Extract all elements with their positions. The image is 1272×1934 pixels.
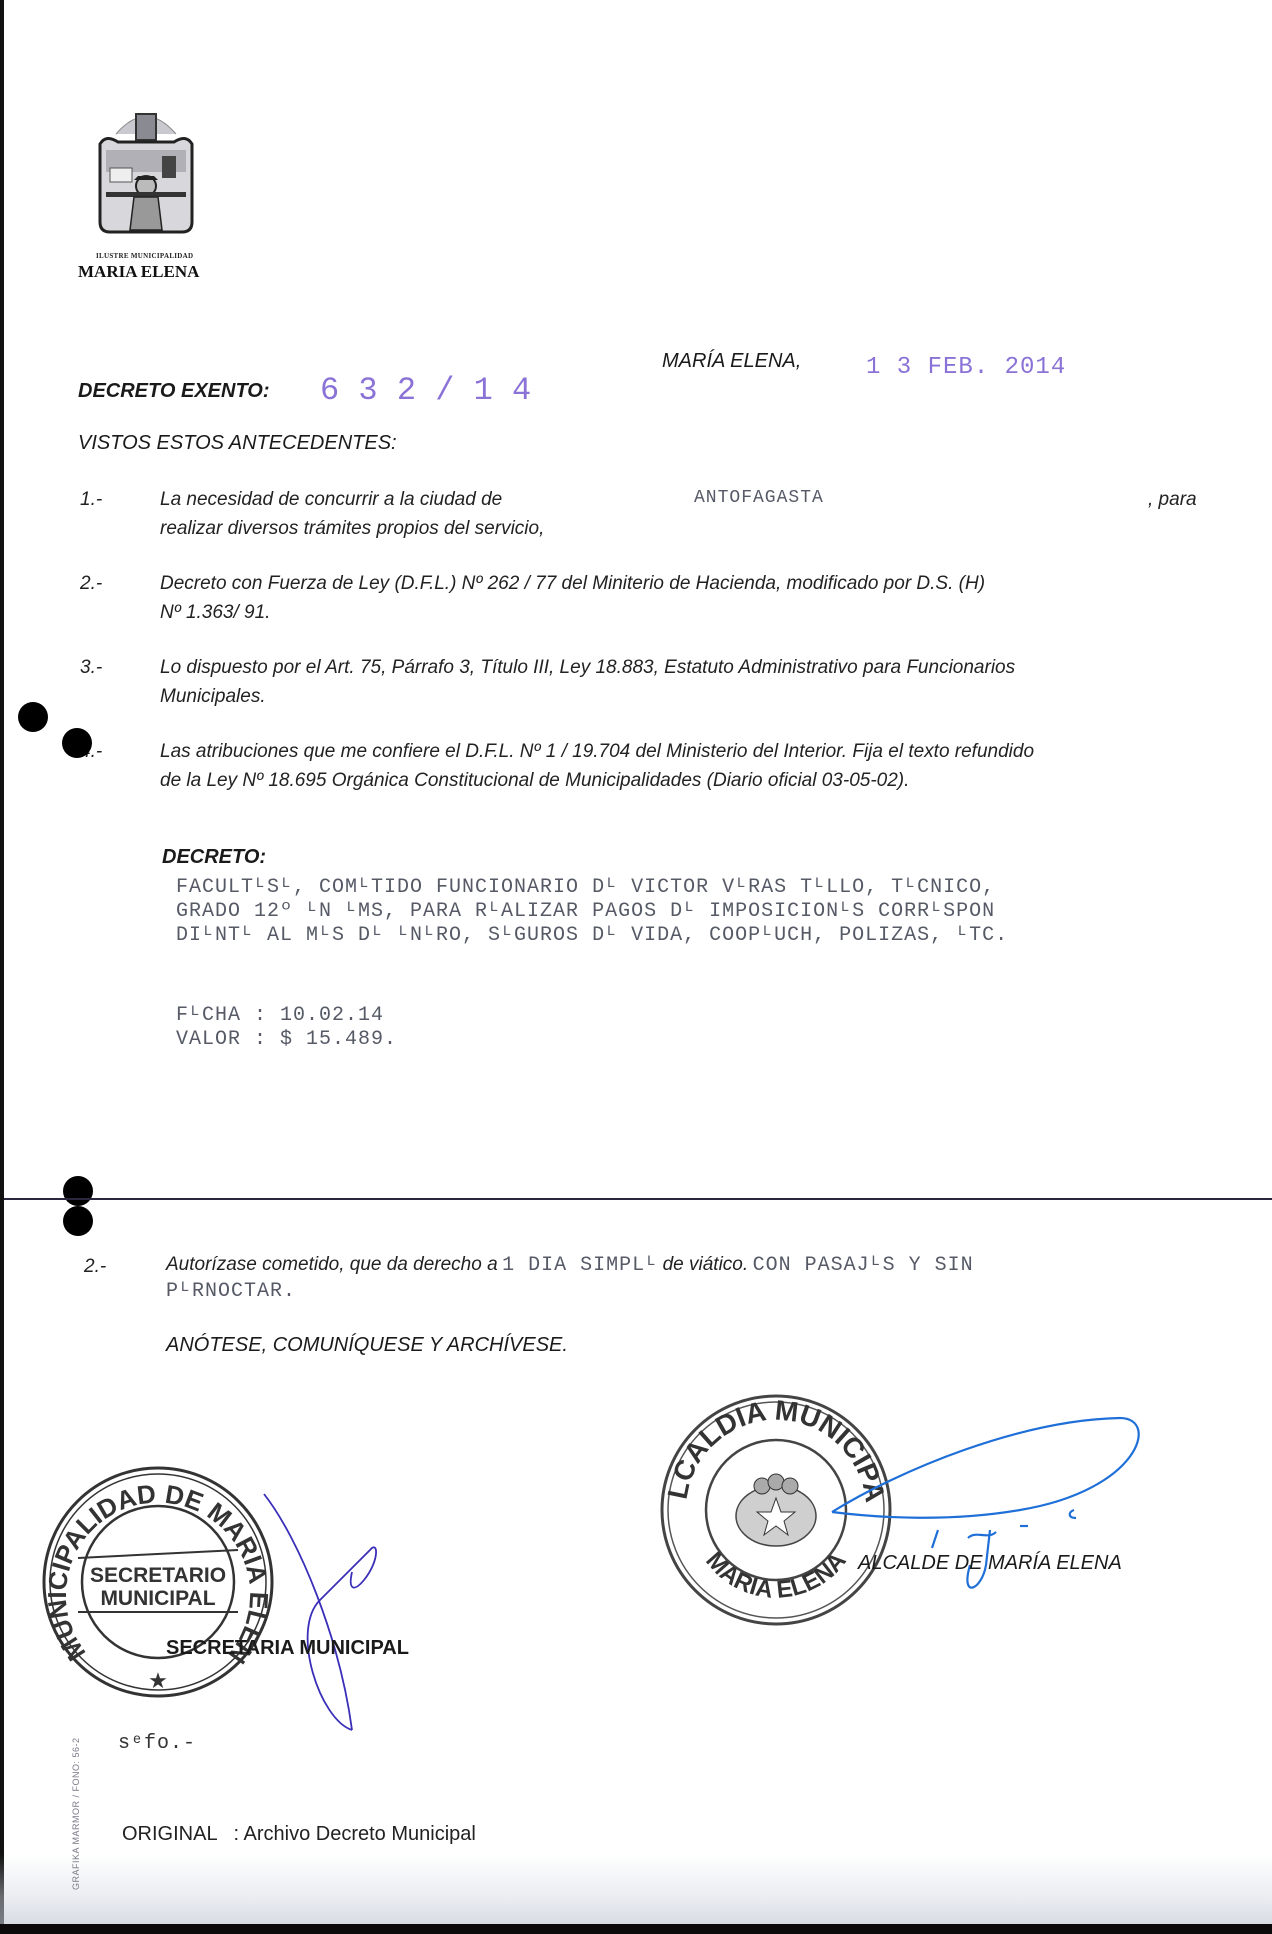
date-stamp: 1 3 FEB. 2014 [866, 354, 1066, 381]
item-number: 2.- [80, 573, 102, 595]
initials: sᵉfo.- [118, 1732, 196, 1755]
antecedente-2-line1: Decreto con Fuerza de Ley (D.F.L.) Nº 26… [160, 569, 985, 598]
secretary-seal: I. MUNICIPALIDAD DE MARIA ELENA SECRETAR… [38, 1462, 278, 1702]
typed-extra-2: PᴸRNOCTAR. [166, 1280, 296, 1303]
antecedente-1-line2: realizar diversos trámites propios del s… [160, 514, 544, 543]
decree-label: DECRETO EXENTO: [78, 380, 270, 403]
printer-margin-text: GRAFIKA MARMOR / FONO: 56-2 [71, 1737, 81, 1890]
point2-line1: Autorízase cometido, que da derecho a 1 … [166, 1250, 974, 1279]
fecha-row: FᴸCHA : 10.02.14 [176, 1004, 397, 1028]
secretary-seal-line2: MUNICIPAL [100, 1587, 215, 1610]
item-number: 2.- [84, 1256, 106, 1278]
secretary-seal-line1: SECRETARIO [90, 1564, 226, 1587]
scan-smudge [0, 1854, 1272, 1924]
vistos-heading: VISTOS ESTOS ANTECEDENTES: [78, 432, 397, 455]
point2-text-start: Autorízase cometido, que da derecho a [166, 1254, 498, 1275]
city-typed: ANTOFAGASTA [694, 488, 824, 508]
secretary-title: SECRETARIA MUNICIPAL [166, 1637, 409, 1660]
logo-title: MARIA ELENA [78, 262, 199, 282]
logo-subtitle: ILUSTRE MUNICIPALIDAD [96, 252, 226, 260]
point2-text-mid: de viático. [663, 1254, 749, 1275]
mayor-title: ALCALDE DE MARÍA ELENA [858, 1552, 1122, 1575]
closing-formula: ANÓTESE, COMUNÍQUESE Y ARCHÍVESE. [166, 1334, 568, 1357]
item-number: 1.- [80, 489, 102, 511]
secretary-signature [260, 1480, 420, 1750]
fold-line [4, 1198, 1272, 1200]
payment-details: FᴸCHA : 10.02.14 VALOR : $ 15.489. [176, 1004, 397, 1052]
typed-days: 1 DIA SIMPLᴸ [502, 1254, 658, 1277]
star-icon: ★ [148, 1668, 168, 1693]
typed-extra: CON PASAJᴸS Y SIN [753, 1254, 974, 1277]
distribution-line: ORIGINAL : Archivo Decreto Municipal [122, 1823, 476, 1846]
fecha-label: FᴸCHA : [176, 1004, 267, 1027]
mayor-signature [820, 1400, 1150, 1610]
antecedente-4-line1: Las atribuciones que me confiere el D.F.… [160, 737, 1034, 766]
decreto-line: GRADO 12º ᴸN ᴸMS, PARA RᴸALIZAR PAGOS Dᴸ… [176, 900, 1008, 924]
antecedente-2-line2: Nº 1.363/ 91. [160, 598, 270, 627]
item-number: 3.- [80, 657, 102, 679]
antecedente-3-line1: Lo dispuesto por el Art. 75, Párrafo 3, … [160, 653, 1015, 682]
valor-value: $ 15.489. [280, 1028, 397, 1051]
place-label: MARÍA ELENA, [662, 350, 801, 373]
chile-coat-of-arms-icon [736, 1474, 816, 1546]
punch-hole [63, 1176, 93, 1206]
punch-hole [18, 702, 48, 732]
antecedente-1-line1: La necesidad de concurrir a la ciudad de [160, 485, 502, 514]
decreto-heading: DECRETO: [162, 846, 266, 869]
punch-hole [63, 1206, 93, 1236]
antecedente-4-line2: de la Ley Nº 18.695 Orgánica Constitucio… [160, 766, 909, 795]
decreto-line: DIᴸNTᴸ AL MᴸS Dᴸ ᴸNᴸRO, SᴸGUROS Dᴸ VIDA,… [176, 924, 1008, 948]
decree-number-stamp: 6 3 2 / 1 4 [320, 372, 531, 409]
antecedente-3-line2: Municipales. [160, 682, 266, 711]
punch-hole [62, 728, 92, 758]
antecedente-1-end: , para [1148, 485, 1197, 514]
valor-label: VALOR : [176, 1028, 267, 1051]
decreto-body: FACULTᴸSᴸ, COMᴸTIDO FUNCIONARIO Dᴸ VICTO… [176, 876, 1008, 948]
decreto-line: FACULTᴸSᴸ, COMᴸTIDO FUNCIONARIO Dᴸ VICTO… [176, 876, 1008, 900]
valor-row: VALOR : $ 15.489. [176, 1028, 397, 1052]
fecha-value: 10.02.14 [280, 1004, 384, 1027]
decree-page: ILUSTRE MUNICIPALIDAD MARIA ELENA MARÍA … [0, 0, 1272, 1934]
scan-edge-bottom [0, 1924, 1272, 1934]
scan-edge-left [0, 0, 4, 1934]
municipal-coat-of-arms-icon [96, 104, 196, 239]
